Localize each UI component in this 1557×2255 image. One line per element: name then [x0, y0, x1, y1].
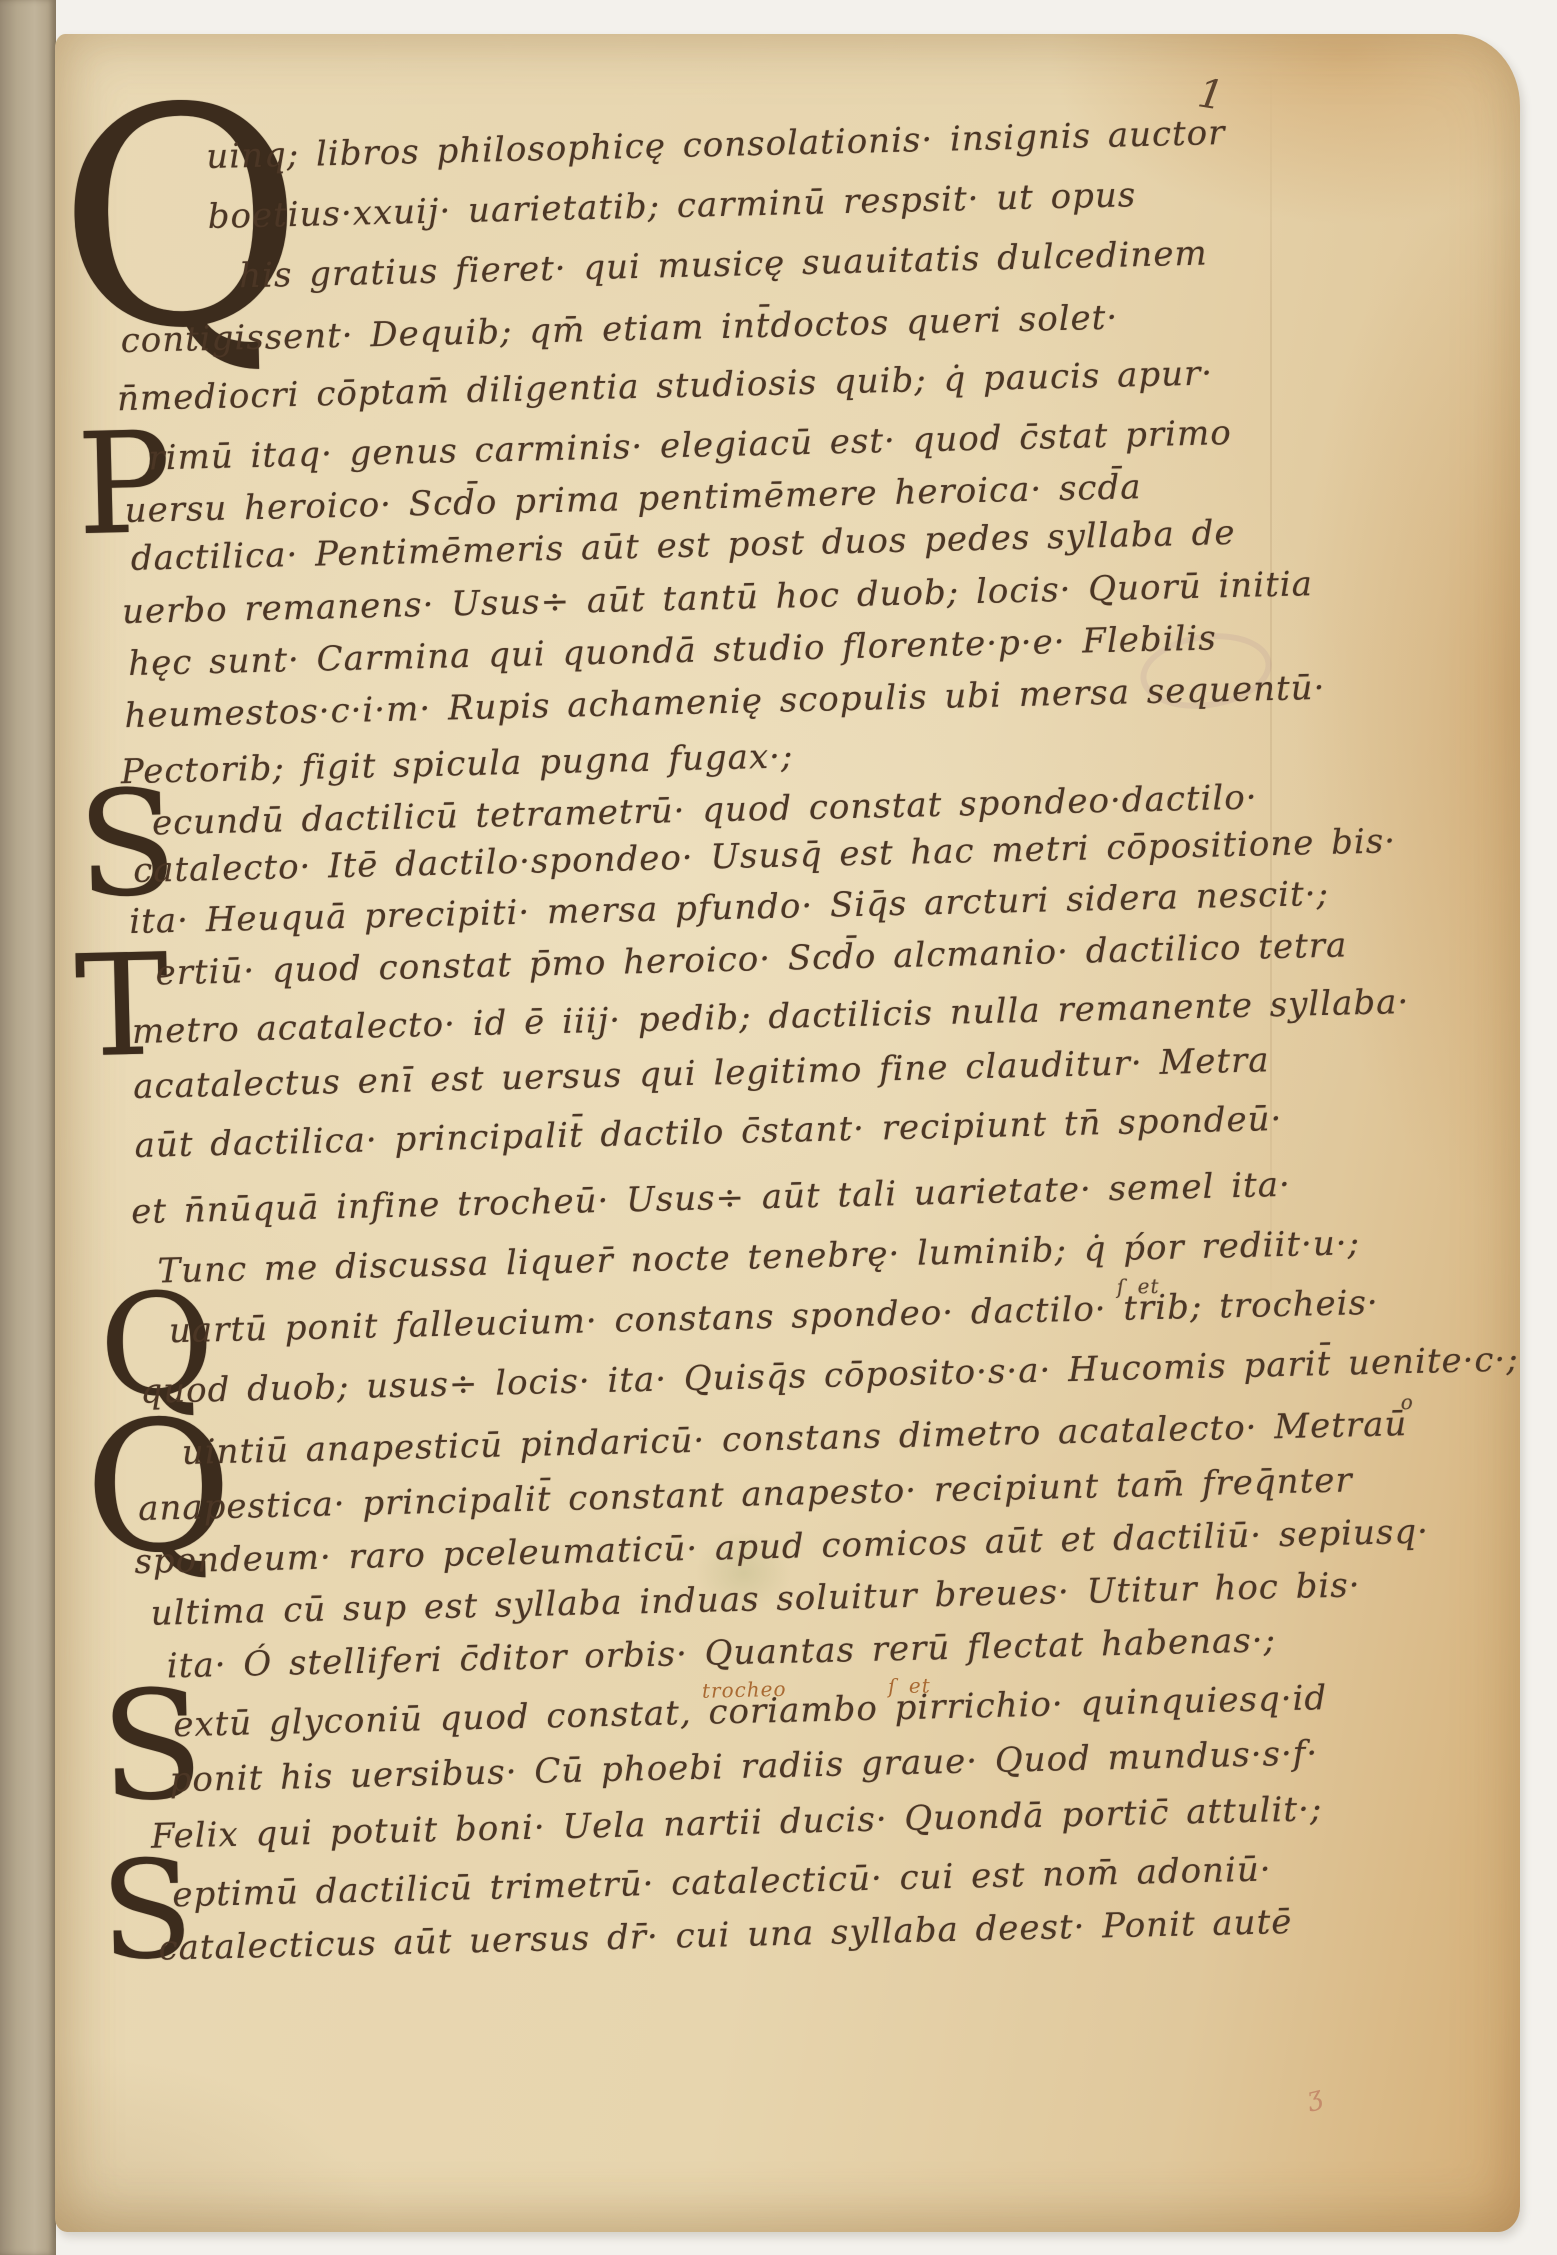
- line-text: aūt dactilica· principalit̄ dactilo c̄st…: [134, 1099, 1283, 1166]
- line-text: Pectorib; figit spicula pugna fugax·;: [120, 736, 793, 792]
- manuscript-scan: 1 Quinq; libros philosophicę consolation…: [0, 0, 1557, 2255]
- line-text: his gratius fieret· qui musicę suauitati…: [239, 233, 1208, 296]
- line-text: Tunc me discussa liquer̄ nocte tenebrę· …: [157, 1223, 1360, 1291]
- manuscript-line: boetius·xxuij· uarietatib; carminū resps…: [207, 173, 1136, 239]
- line-text: boetius·xxuij· uarietatib; carminū resps…: [207, 175, 1136, 237]
- line-text: et n̄nūquā infine trocheū· Usus÷ aūt tal…: [131, 1165, 1292, 1232]
- line-text: Felix qui potuit boni· Uela nartii ducis…: [150, 1789, 1322, 1857]
- marginal-doodle: ʒ: [1304, 2081, 1326, 2114]
- manuscript-line: uinq; libros philosophicę consolationis·…: [206, 111, 1226, 179]
- manuscript-line: et n̄nūquā infine trocheū· Usus÷ aūt tal…: [131, 1163, 1292, 1234]
- line-text: uinq; libros philosophicę consolationis·…: [206, 113, 1226, 177]
- manuscript-line: his gratius fieret· qui musicę suauitati…: [239, 231, 1209, 298]
- line-text: acatalectus enī est uersus qui legitimo …: [133, 1040, 1270, 1107]
- manuscript-line: Tunc me discussa liquer̄ nocte tenebrę· …: [157, 1221, 1360, 1293]
- parchment-page: 1 Quinq; libros philosophicę consolation…: [55, 34, 1520, 2232]
- line-text: pirrichio· quinquiesq·id: [894, 1678, 1327, 1728]
- binding-edge: [0, 0, 56, 2255]
- superscript-correction: ſ et: [1116, 1265, 1117, 1309]
- line-text: uartū ponit falleucium· constans spondeo…: [169, 1289, 1124, 1351]
- manuscript-line: aūt dactilica· principalit̄ dactilo c̄st…: [134, 1097, 1283, 1168]
- line-text: extū glyconiū quod constat,: [173, 1693, 709, 1746]
- text-block: Quinq; libros philosophicę consolationis…: [80, 71, 1356, 2079]
- line-text: trib; trocheis·: [1123, 1283, 1379, 1329]
- superscript-correction: o: [1400, 1380, 1401, 1424]
- manuscript-line: Pectorib; figit spicula pugna fugax·;: [120, 734, 794, 794]
